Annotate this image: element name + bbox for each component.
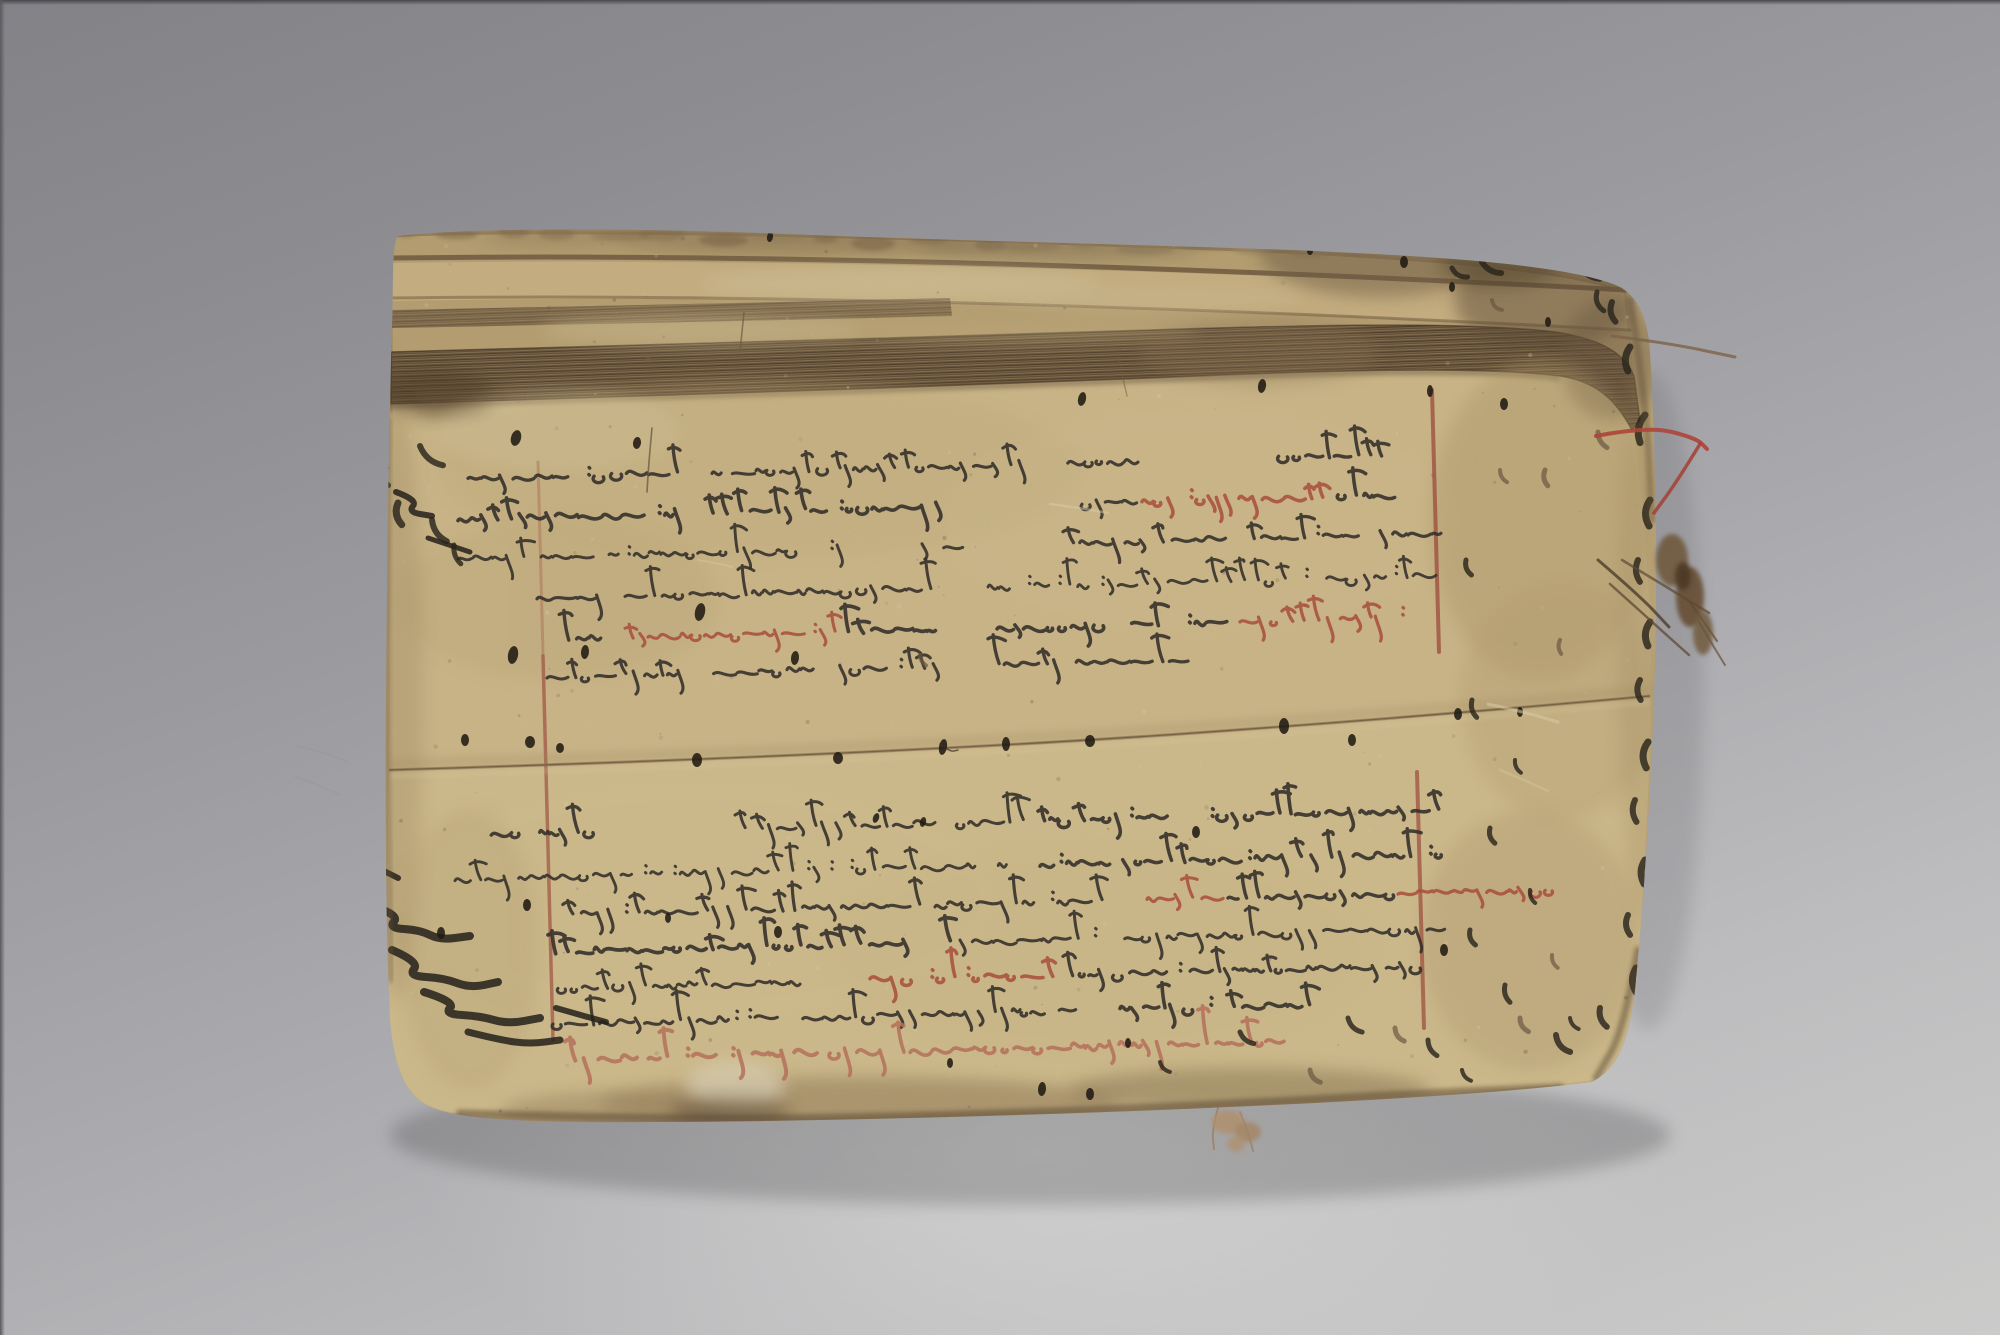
binding-tassel	[1693, 611, 1713, 655]
worm-trail	[363, 800, 369, 826]
worm-trail	[345, 724, 352, 754]
worm-hole	[1348, 734, 1356, 746]
worm-trail	[343, 838, 346, 858]
paper-scratch	[391, 300, 392, 410]
binding-thread	[294, 776, 341, 795]
worm-hole	[461, 734, 469, 746]
worm-hole	[1427, 385, 1433, 397]
worm-hole	[1400, 256, 1408, 268]
worm-hole	[1085, 735, 1095, 747]
worm-hole	[1454, 708, 1462, 720]
manuscript-photo	[0, 0, 2000, 1335]
worm-hole	[833, 752, 843, 764]
manuscript	[335, 207, 1666, 1132]
worm-hole	[692, 753, 702, 767]
worm-trail	[337, 762, 341, 784]
worm-hole	[437, 927, 445, 939]
worm-trail	[351, 448, 359, 473]
worm-hole	[556, 743, 564, 753]
worm-hole	[525, 736, 535, 748]
worm-hole	[1086, 1088, 1094, 1100]
worm-hole	[1307, 247, 1313, 255]
worm-trail	[1637, 680, 1640, 700]
worm-scribble	[356, 516, 376, 524]
worm-hole	[1545, 317, 1551, 327]
worm-hole	[947, 1058, 953, 1068]
worm-trail	[378, 468, 388, 485]
worm-hole	[1279, 718, 1289, 734]
worm-trail	[356, 520, 360, 538]
worm-hole	[1449, 282, 1455, 292]
worm-hole	[1500, 398, 1508, 410]
worm-hole	[1192, 826, 1200, 838]
worm-hole	[1125, 1038, 1131, 1048]
binding-thread	[298, 746, 346, 761]
worm-trail	[1532, 252, 1549, 258]
photo-backdrop	[0, 0, 2000, 1335]
worm-hole	[523, 899, 531, 911]
binding-tassel	[1675, 562, 1691, 590]
worm-hole	[774, 926, 782, 938]
worm-hole	[1002, 737, 1010, 751]
worm-hole	[665, 913, 671, 923]
worm-scribble	[350, 446, 386, 468]
worm-trail	[335, 688, 340, 712]
binding-tassel	[1227, 1136, 1245, 1152]
worm-hole	[1440, 944, 1448, 956]
